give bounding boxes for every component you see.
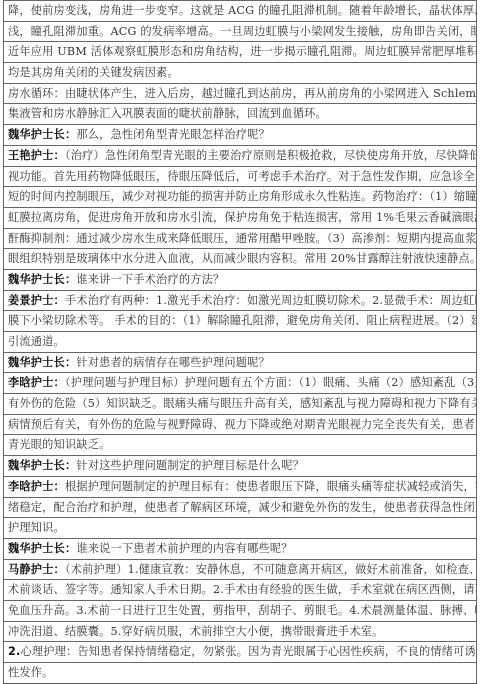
line-text: （治疗）急性闭角型青光眼的主要治疗原则是积极抢救，尽快使房角开放，尽快降低眼压，…	[65, 149, 477, 162]
line-text: 酐酶抑制剂：通过减少房水生成来降低眼压，通常用醋甲唑胺。（3）高渗剂：短期内提高…	[8, 232, 477, 245]
speaker-label: 2.	[8, 645, 20, 658]
line-text: （护理问题与护理目标）护理问题有五个方面：（1）眼痛、头痛（2）感知紊乱（3）焦…	[65, 376, 477, 389]
text-line: 魏华护士长：谁来说一下患者术前护理的内容有哪些呢？	[3, 538, 477, 559]
text-line: 李晗护士：（护理问题与护理目标）护理问题有五个方面：（1）眼痛、头痛（2）感知紊…	[3, 372, 477, 393]
line-text: 谁来说一下患者术前护理的内容有哪些呢？	[76, 542, 292, 555]
speaker-label: 魏华护士长：	[8, 356, 76, 369]
line-text: 性发作。	[8, 666, 54, 679]
line-text: 膜下小梁切除术等。 手术的目的：（1）解除瞳孔阻滞，避免房角关闭、阻止病程进展。…	[8, 314, 477, 327]
speaker-label: 魏华护士长：	[8, 542, 76, 555]
line-text: 降，使前房变浅，房角进一步变窄。这就是 ACG 的瞳孔阻滞机制。随着年龄增长，晶…	[8, 4, 477, 17]
line-text: 针对这些护理问题制定的护理目标是什么呢？	[76, 459, 304, 472]
line-text: 绪稳定，配合治疗和护理，使患者了解病区环境，减少和避免外伤的发生，使患者获得急性…	[8, 501, 477, 514]
line-text: 视功能。首先用药物降低眼压，待眼压降低后，可考虑手术治疗。对于急性发作期，应急诊…	[8, 170, 477, 183]
line-text: 根据护理问题制定的护理目标有：使患者眼压下降，眼痛头痛等症状减轻或消失，视力稳定…	[65, 480, 477, 493]
text-line: 姜景护士：手术治疗有两种：1.激光手术治疗：如激光周边虹膜切除术。2.显微手术：…	[3, 290, 477, 311]
text-line: 护理知识。	[3, 517, 477, 538]
speaker-label: 姜景护士：	[8, 294, 65, 307]
text-line: 集液管和房水静脉汇入巩膜表面的睫状前静脉，回流到血循环。	[3, 103, 477, 124]
line-text: 集液管和房水静脉汇入巩膜表面的睫状前静脉，回流到血循环。	[8, 107, 327, 120]
text-line: 绪稳定，配合治疗和护理，使患者了解病区环境，减少和避免外伤的发生，使患者获得急性…	[3, 497, 477, 518]
text-line: 均是其房角关闭的关键发病因素。	[3, 62, 477, 83]
text-line: 近年应用 UBM 活体观察虹膜形态和房角结构，进一步揭示瞳孔阻滞。周边虹膜异常肥…	[3, 41, 477, 62]
speaker-label: 魏华护士长：	[8, 128, 76, 141]
text-line: 有外伤的危险（5）知识缺乏。眼痛头痛与眼压升高有关，感知紊乱与视力障碍和视力下降…	[3, 393, 477, 414]
line-text: 那么，急性闭角型青光眼怎样治疗呢？	[76, 128, 270, 141]
line-text: 均是其房角关闭的关键发病因素。	[8, 66, 179, 79]
text-line: 浅，瞳孔阻滞加重。ACG 的发病率增高。一旦周边虹膜与小梁网发生接触，房角即告关…	[3, 21, 477, 42]
speaker-label: 李晗护士：	[8, 480, 65, 493]
text-line: 魏华护士长：那么，急性闭角型青光眼怎样治疗呢？	[3, 124, 477, 145]
line-text: 谁来讲一下手术治疗的方法？	[76, 273, 224, 286]
line-text: 青光眼的知识缺乏。	[8, 438, 111, 451]
text-line: 房水循环：由睫状体产生，进入后房，越过瞳孔到达前房，再从前房角的小梁网进入 Sc…	[3, 83, 477, 104]
text-line: 虹膜拉离房角，促进房角开放和房水引流，保护房角免于粘连损害，常用 1%毛果云香碱…	[3, 207, 477, 228]
line-text: 手术治疗有两种：1.激光手术治疗：如激光周边虹膜切除术。2.显微手术：周边虹膜切…	[65, 294, 477, 307]
text-line: 魏华护士长：谁来讲一下手术治疗的方法？	[3, 269, 477, 290]
speaker-label: 马静护士：	[8, 563, 65, 576]
text-line: 免血压升高。3.术前一日进行卫生处置，剪指甲，刮胡子、剪眼毛。4.术晨测量体温、…	[3, 600, 477, 621]
speaker-label: 魏华护士长：	[8, 459, 76, 472]
line-text: （术前护理）1.健康宣教：安静休息，不可随意离开病区，做好术前准备，如检查、皮试…	[65, 563, 477, 576]
text-line: 性发作。	[3, 662, 477, 683]
speaker-label: 魏华护士长：	[8, 273, 76, 286]
line-text: 冲洗泪道、结膜囊。5.穿好病员服，术前排空大小便，携带眼膏进手术室。	[8, 625, 383, 638]
text-line: 青光眼的知识缺乏。	[3, 434, 477, 455]
line-text: 浅，瞳孔阻滞加重。ACG 的发病率增高。一旦周边虹膜与小梁网发生接触，房角即告关…	[8, 25, 477, 38]
line-text: 护理知识。	[8, 521, 65, 534]
speaker-label: 李晗护士：	[8, 376, 65, 389]
line-text: 针对患者的病情存在哪些护理问题呢？	[76, 356, 270, 369]
line-text: 术前谈话、签字等。通知家人手术日期。2.手术由有经验的医生做，手术室就在病区西侧…	[8, 583, 477, 596]
text-line: 李晗护士：根据护理问题制定的护理目标有：使患者眼压下降，眼痛头痛等症状减轻或消失…	[3, 476, 477, 497]
text-line: 2.心理护理：告知患者保持情绪稳定，勿紧张。因为青光眼属于心因性疾病，不良的情绪…	[3, 641, 477, 662]
text-line: 短的时间内控制眼压，减少对视功能的损害并防止房角形成永久性粘连。药物治疗：（1）…	[3, 186, 477, 207]
text-line: 王艳护士：（治疗）急性闭角型青光眼的主要治疗原则是积极抢救，尽快使房角开放，尽快…	[3, 145, 477, 166]
line-text: 心理护理：告知患者保持情绪稳定，勿紧张。因为青光眼属于心因性疾病，不良的情绪可诱…	[20, 645, 477, 658]
text-line: 术前谈话、签字等。通知家人手术日期。2.手术由有经验的医生做，手术室就在病区西侧…	[3, 579, 477, 600]
text-line: 视功能。首先用药物降低眼压，待眼压降低后，可考虑手术治疗。对于急性发作期，应急诊…	[3, 166, 477, 187]
text-line: 马静护士：（术前护理）1.健康宣教：安静休息，不可随意离开病区，做好术前准备，如…	[3, 559, 477, 580]
line-text: 免血压升高。3.术前一日进行卫生处置，剪指甲，刮胡子、剪眼毛。4.术晨测量体温、…	[8, 604, 477, 617]
text-line: 冲洗泪道、结膜囊。5.穿好病员服，术前排空大小便，携带眼膏进手术室。	[3, 621, 477, 642]
document-page: 降，使前房变浅，房角进一步变窄。这就是 ACG 的瞳孔阻滞机制。随着年龄增长，晶…	[3, 0, 477, 684]
line-text: 短的时间内控制眼压，减少对视功能的损害并防止房角形成永久性粘连。药物治疗：（1）…	[8, 190, 477, 203]
speaker-label: 王艳护士：	[8, 149, 65, 162]
line-text: 虹膜拉离房角，促进房角开放和房水引流，保护房角免于粘连损害，常用 1%毛果云香碱…	[8, 211, 477, 224]
text-line: 病情预后有关，有外伤的危险与视野障碍、视力下降或绝对期青光眼视力完全丧失有关，患…	[3, 414, 477, 435]
text-line: 降，使前房变浅，房角进一步变窄。这就是 ACG 的瞳孔阻滞机制。随着年龄增长，晶…	[3, 0, 477, 21]
line-text: 病情预后有关，有外伤的危险与视野障碍、视力下降或绝对期青光眼视力完全丧失有关，患…	[8, 418, 477, 431]
text-line: 魏华护士长：针对这些护理问题制定的护理目标是什么呢？	[3, 455, 477, 476]
text-line: 引流通道。	[3, 331, 477, 352]
line-text: 有外伤的危险（5）知识缺乏。眼痛头痛与眼压升高有关，感知紊乱与视力障碍和视力下降…	[8, 397, 477, 410]
line-text: 近年应用 UBM 活体观察虹膜形态和房角结构，进一步揭示瞳孔阻滞。周边虹膜异常肥…	[8, 45, 477, 58]
line-text: 引流通道。	[8, 335, 65, 348]
text-line: 魏华护士长：针对患者的病情存在哪些护理问题呢？	[3, 352, 477, 373]
text-line: 眼组织特别是玻璃体中水分进入血液，从而减少眼内容积。常用 20%甘露醇注射液快速…	[3, 248, 477, 269]
line-text: 房水循环：由睫状体产生，进入后房，越过瞳孔到达前房，再从前房角的小梁网进入 Sc…	[8, 87, 477, 100]
line-text: 眼组织特别是玻璃体中水分进入血液，从而减少眼内容积。常用 20%甘露醇注射液快速…	[8, 252, 477, 265]
text-line: 膜下小梁切除术等。 手术的目的：（1）解除瞳孔阻滞，避免房角关闭、阻止病程进展。…	[3, 310, 477, 331]
text-line: 酐酶抑制剂：通过减少房水生成来降低眼压，通常用醋甲唑胺。（3）高渗剂：短期内提高…	[3, 228, 477, 249]
